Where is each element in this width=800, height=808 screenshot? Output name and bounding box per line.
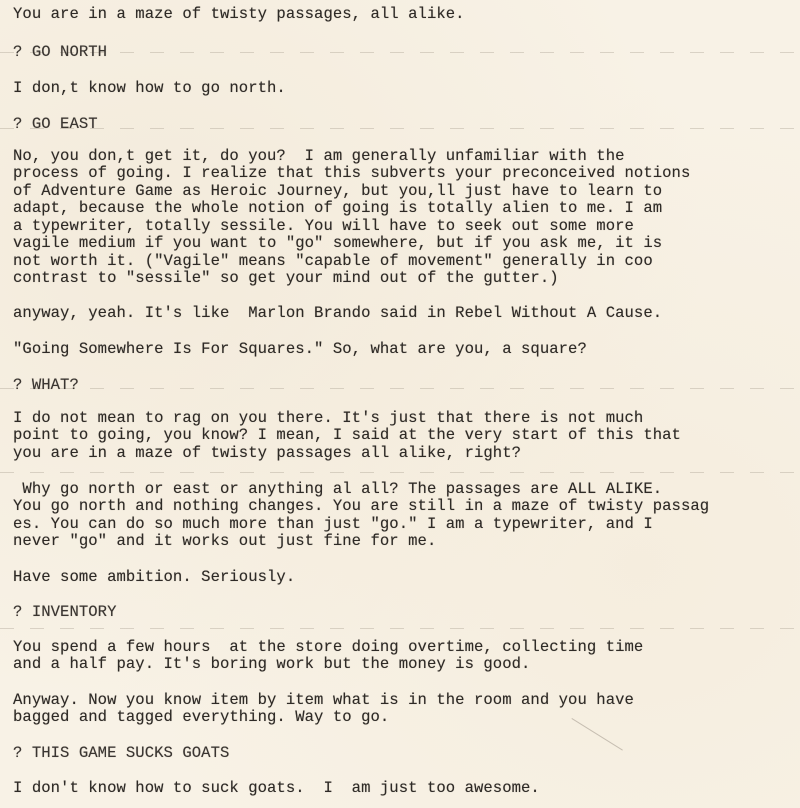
response-what-paragraph-line: es. You can do so much more than just "g… (13, 516, 653, 533)
response-go-north: I don,t know how to go north. (13, 80, 286, 97)
response-final: I don't know how to suck goats. I am jus… (13, 780, 540, 797)
response-go-east-line: a typewriter, totally sessile. You will … (13, 218, 634, 235)
response-what-paragraph-line: You go north and nothing changes. You ar… (13, 498, 709, 515)
paper-texture-line (0, 472, 800, 473)
command-this-game-sucks-goats: ? THIS GAME SUCKS GOATS (13, 745, 229, 762)
command-go-north: ? GO NORTH (13, 44, 107, 61)
response-go-east-line: not worth it. ("Vagile" means "capable o… (13, 253, 653, 270)
command-what: ? WHAT? (13, 377, 79, 394)
text-line-brando: anyway, yeah. It's like Marlon Brando sa… (13, 305, 662, 322)
paper-texture-line (0, 52, 800, 53)
response-go-east-line: process of going. I realize that this su… (13, 165, 690, 182)
paper-texture-line (0, 128, 800, 129)
response-inventory-line: and a half pay. It's boring work but the… (13, 656, 530, 673)
response-go-east-line: adapt, because the whole notion of going… (13, 200, 662, 217)
command-go-east: ? GO EAST (13, 116, 98, 133)
text-line-ambition: Have some ambition. Seriously. (13, 569, 295, 586)
command-inventory: ? INVENTORY (13, 604, 117, 621)
text-line-intro: You are in a maze of twisty passages, al… (13, 6, 465, 23)
paper-texture-line (0, 388, 800, 389)
response-inventory-paragraph-line: Anyway. Now you know item by item what i… (13, 692, 634, 709)
response-what-paragraph-line: Why go north or east or anything al all?… (13, 481, 662, 498)
paper-crease (571, 718, 622, 751)
response-what-line: you are in a maze of twisty passages all… (13, 445, 521, 462)
paper-texture-line (0, 628, 800, 629)
response-go-east-line: of Adventure Game as Heroic Journey, but… (13, 183, 662, 200)
response-go-east-line: contrast to "sessile" so get your mind o… (13, 270, 559, 287)
response-inventory-paragraph-line: bagged and tagged everything. Way to go. (13, 709, 389, 726)
response-go-east-line: vagile medium if you want to "go" somewh… (13, 235, 662, 252)
response-what-paragraph-line: never "go" and it works out just fine fo… (13, 533, 436, 550)
response-what-line: I do not mean to rag on you there. It's … (13, 410, 643, 427)
text-line-squares: "Going Somewhere Is For Squares." So, wh… (13, 341, 587, 358)
response-go-east-line: No, you don,t get it, do you? I am gener… (13, 148, 625, 165)
response-what-line: point to going, you know? I mean, I said… (13, 427, 681, 444)
response-inventory-line: You spend a few hours at the store doing… (13, 639, 643, 656)
typewritten-page: You are in a maze of twisty passages, al… (0, 0, 800, 808)
